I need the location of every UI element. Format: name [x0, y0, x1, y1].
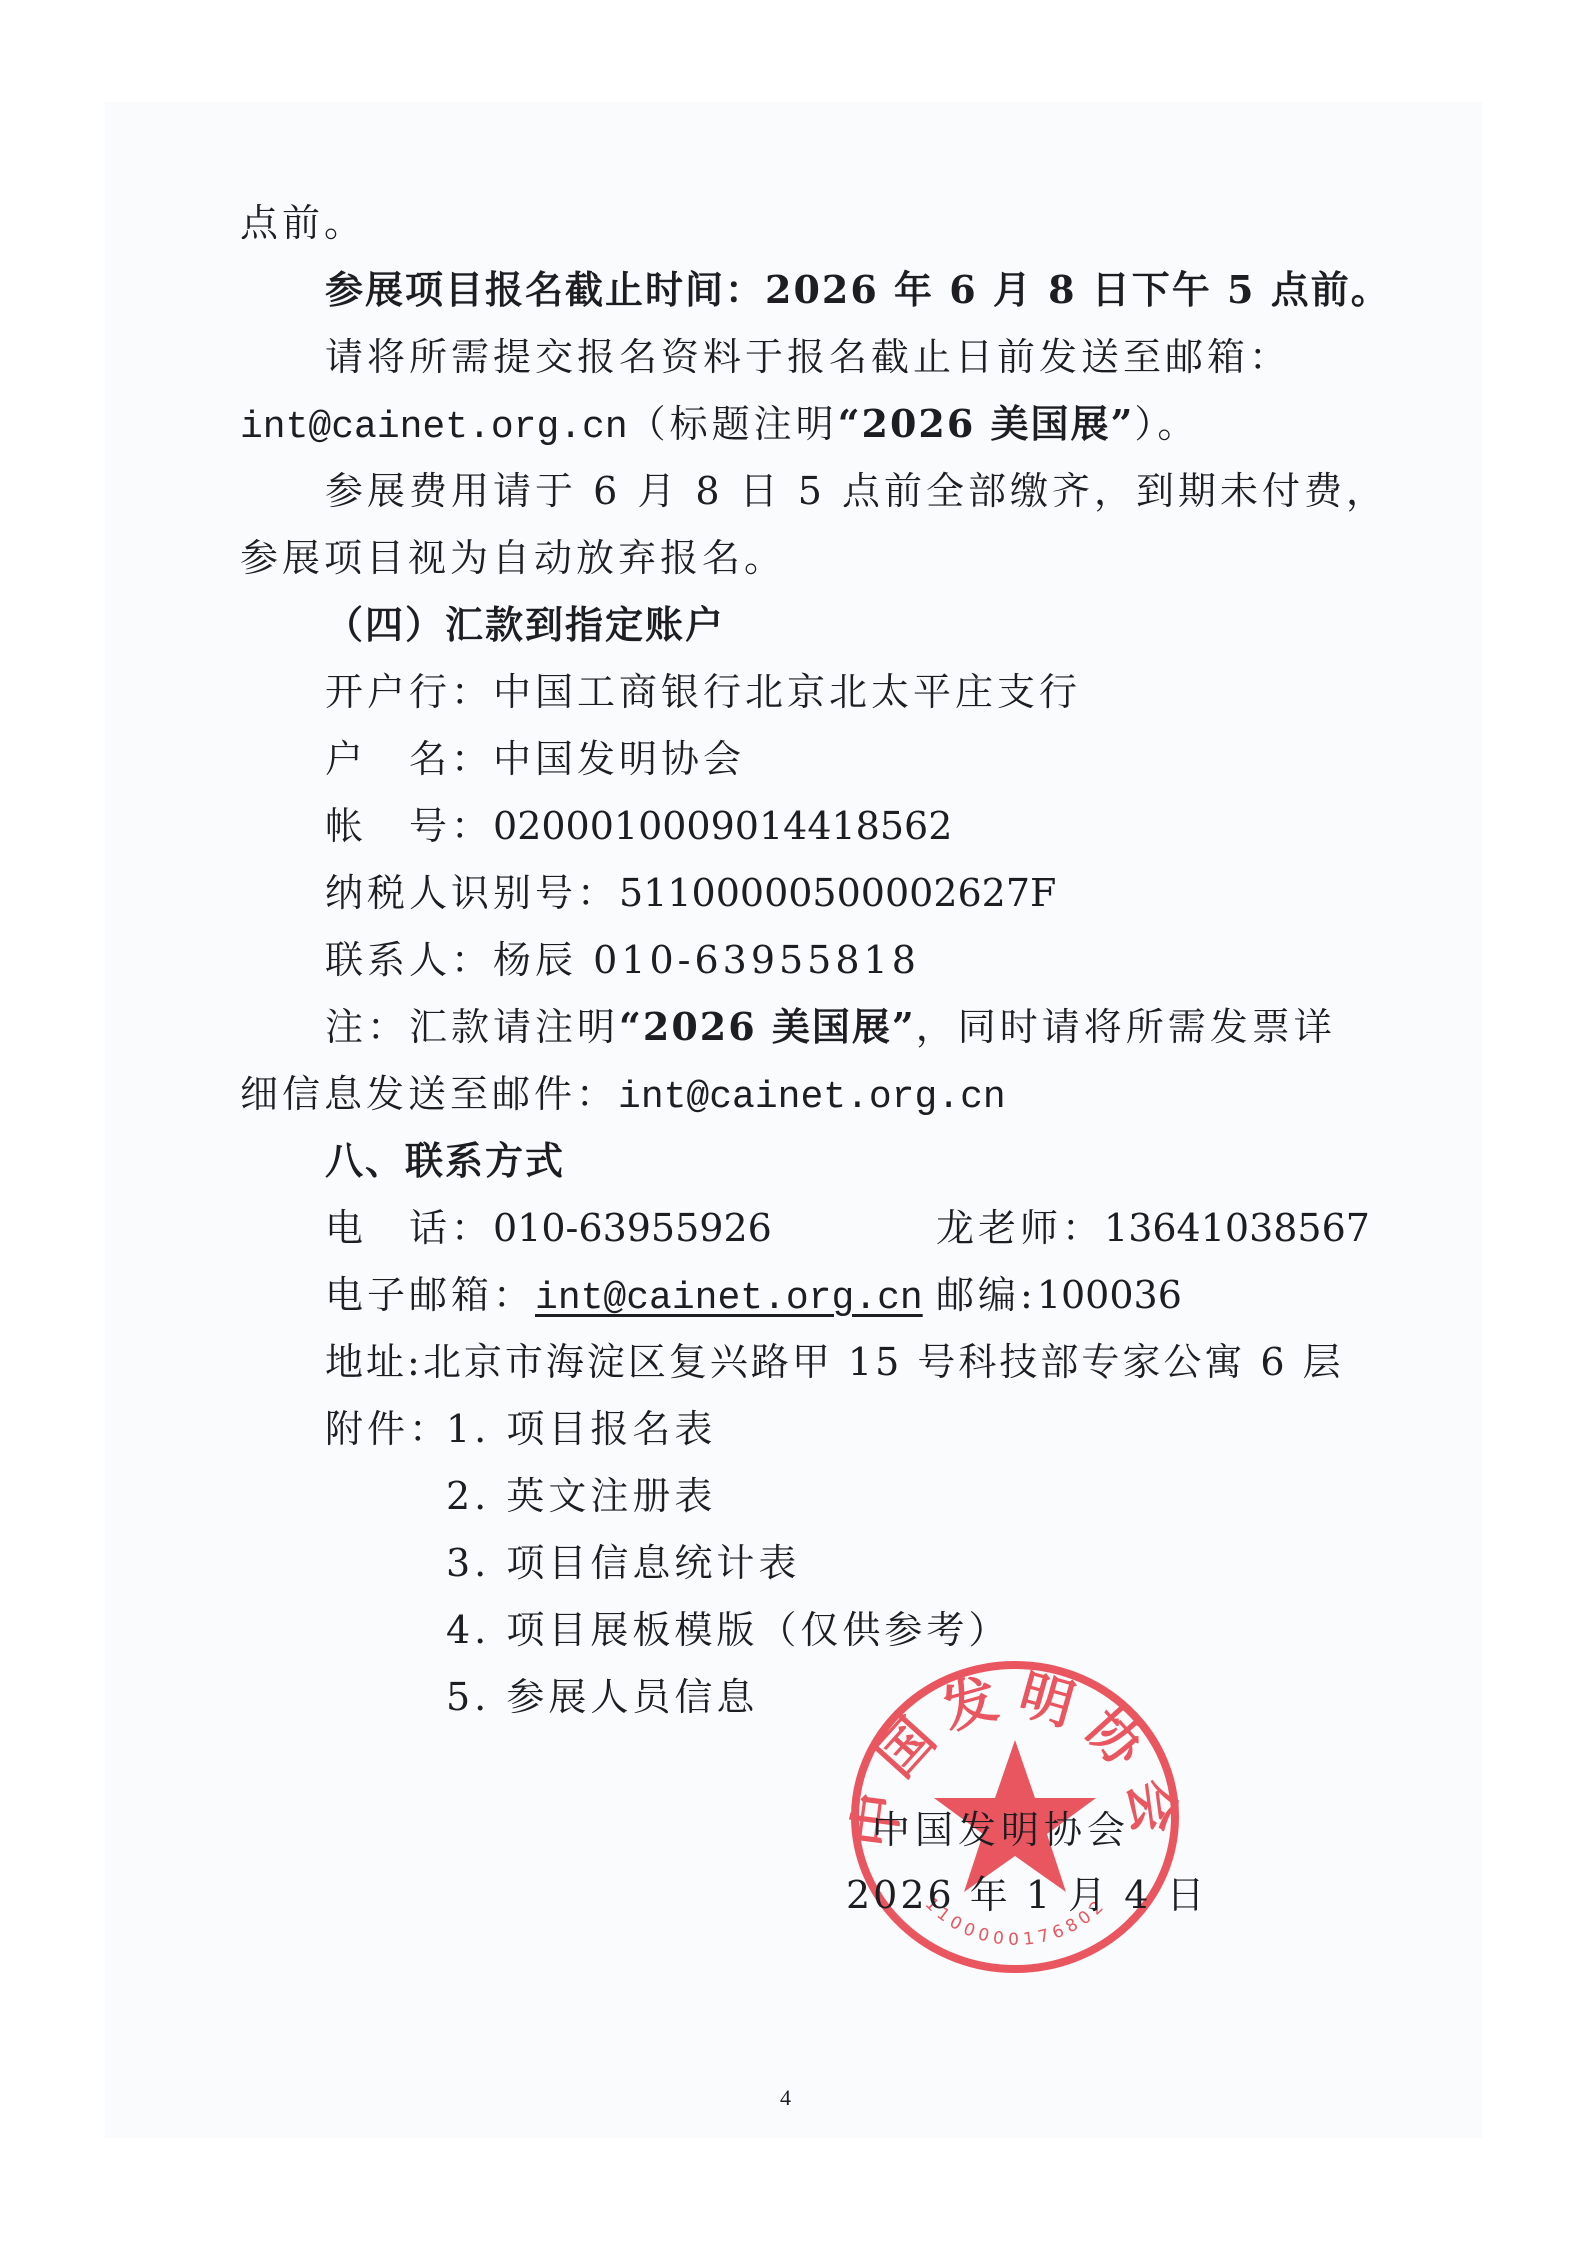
- attachment-item: 2. 英文注册表: [446, 1474, 716, 1518]
- attachment-item: 1. 项目报名表: [446, 1407, 716, 1451]
- invoice-email-label: 细信息发送至邮件：: [240, 1072, 618, 1116]
- phone-value: 010-63955926: [493, 1206, 772, 1250]
- contact-person-row: 联系人：杨辰 010-63955818: [325, 938, 920, 982]
- account-name-value: 中国发明协会: [493, 737, 745, 781]
- postcode: 邮编:100036: [936, 1273, 1182, 1317]
- remittance-note-line1: 注：汇款请注明“2026 美国展”，同时请将所需发票详: [325, 1005, 1336, 1049]
- bank-value: 中国工商银行北京北太平庄支行: [493, 670, 1081, 714]
- phone-row: 电 话：010-63955926 龙老师：13641038567: [325, 1206, 1345, 1250]
- address-value: 北京市海淀区复兴路甲 15 号科技部专家公寓 6 层: [423, 1340, 1344, 1384]
- bank-label: 开户行：: [325, 670, 493, 714]
- postcode-label: 邮编:: [936, 1273, 1037, 1317]
- tax-id-row: 纳税人识别号：51100000500002627F: [325, 871, 1056, 915]
- submission-email: int@cainet.org.cn: [240, 406, 628, 449]
- submission-email-line: int@cainet.org.cn（标题注明“2026 美国展”）。: [240, 402, 1199, 446]
- account-number-value: 0200010009014418562: [493, 804, 952, 848]
- document-page: 点前。 参展项目报名截止时间：2026 年 6 月 8 日下午 5 点前。 请将…: [0, 0, 1588, 2245]
- contact-person-label: 联系人：: [325, 938, 493, 982]
- attachments-label: 附件：: [325, 1407, 451, 1451]
- remittance-note-prefix: 注：汇款请注明: [325, 1005, 619, 1049]
- email-label: 电子邮箱：: [325, 1273, 535, 1317]
- invoice-email: int@cainet.org.cn: [618, 1076, 1006, 1119]
- submission-instruction: 请将所需提交报名资料于报名截止日前发送至邮箱：: [325, 335, 1291, 379]
- account-number-label: 帐 号：: [325, 804, 493, 848]
- paragraph-continuation: 点前。: [240, 201, 366, 245]
- teacher-contact: 龙老师：13641038567: [936, 1206, 1370, 1250]
- subject-note-prefix: （标题注明: [628, 402, 838, 446]
- attachment-item: 5. 参展人员信息: [446, 1675, 758, 1719]
- teacher-label: 龙老师：: [936, 1206, 1104, 1250]
- fee-deadline-line2: 参展项目视为自动放弃报名。: [240, 536, 786, 580]
- subject-note-keyword: “2026 美国展”: [838, 401, 1135, 446]
- bank-row: 开户行：中国工商银行北京北太平庄支行: [325, 670, 1081, 714]
- account-name-label: 户 名：: [325, 737, 493, 781]
- section-heading-remittance: （四）汇款到指定账户: [325, 603, 725, 647]
- email-link[interactable]: int@cainet.org.cn: [535, 1277, 923, 1320]
- fee-deadline-line1: 参展费用请于 6 月 8 日 5 点前全部缴齐，到期未付费，: [325, 469, 1388, 513]
- tax-id-value: 51100000500002627F: [619, 871, 1056, 915]
- address-row: 地址:北京市海淀区复兴路甲 15 号科技部专家公寓 6 层: [325, 1340, 1344, 1384]
- page-number: 4: [780, 2085, 791, 2111]
- postcode-value: 100036: [1037, 1273, 1182, 1317]
- subject-note-suffix: ）。: [1134, 402, 1199, 446]
- registration-deadline: 参展项目报名截止时间：2026 年 6 月 8 日下午 5 点前。: [325, 268, 1391, 312]
- signature-date: 2026 年 1 月 4 日: [846, 1873, 1207, 1917]
- remittance-note-line2: 细信息发送至邮件：int@cainet.org.cn: [240, 1072, 1006, 1116]
- signature-organization: 中国发明协会: [872, 1808, 1130, 1852]
- tax-id-label: 纳税人识别号：: [325, 871, 619, 915]
- section-heading-contact: 八、联系方式: [325, 1139, 565, 1183]
- email-row: 电子邮箱：int@cainet.org.cn 邮编:100036: [325, 1273, 1345, 1317]
- teacher-phone: 13641038567: [1104, 1206, 1370, 1250]
- address-label: 地址:: [325, 1340, 423, 1384]
- attachment-item: 3. 项目信息统计表: [446, 1541, 800, 1585]
- contact-person-value: 杨辰 010-63955818: [493, 938, 920, 982]
- attachment-item: 4. 项目展板模版（仅供参考）: [446, 1608, 1010, 1652]
- account-number-row: 帐 号：0200010009014418562: [325, 804, 952, 848]
- remittance-note-keyword: “2026 美国展”: [619, 1004, 916, 1049]
- phone-label: 电 话：: [325, 1206, 493, 1250]
- remittance-note-suffix: ，同时请将所需发票详: [916, 1005, 1336, 1049]
- account-name-row: 户 名：中国发明协会: [325, 737, 745, 781]
